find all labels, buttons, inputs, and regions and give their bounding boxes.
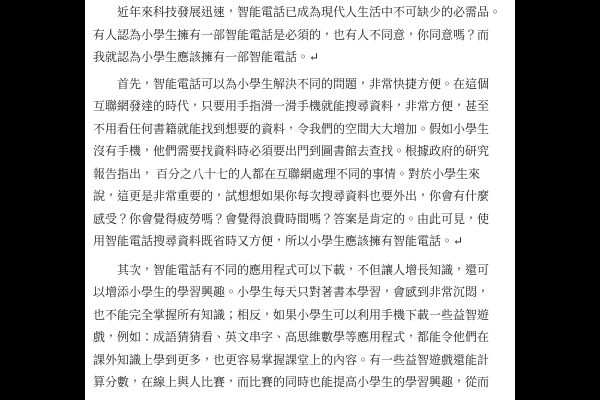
text-line: 課外知識上學到更多，也更容易掌握課堂上的內容。有一些益智遊戲還能計 — [93, 349, 507, 372]
text-line: 算分數，在線上與人比賽，而比賽的同時也能提高小學生的學習興趣，從而 — [93, 371, 507, 394]
text-line: 沒有手機，他們需要找資料時必須要出門到圖書館去查找。根據政府的研究 — [93, 140, 507, 163]
text-line: 以增添小學生的學習興趣。小學生每天只對著書本學習，會感到非常沉悶， — [93, 281, 507, 304]
text-line: 用智能電話搜尋資料既省時又方便，所以小學生應該擁有智能電話。↵ — [93, 230, 507, 253]
essay-body: 近年來科技發展迅速，智能電話已成為現代人生活中不可缺少的必需品。 有人認為小學生… — [93, 1, 507, 394]
text-line: 戲，例如：成語猜猜看、英文串字、高思維數學等應用程式，都能令他們在 — [93, 326, 507, 349]
text-line: 近年來科技發展迅速，智能電話已成為現代人生活中不可缺少的必需品。 — [93, 1, 507, 24]
text-line: 不用看任何書籍就能找到想要的資料，令我們的空間大大增加。假如小學生 — [93, 118, 507, 141]
document-page: 近年來科技發展迅速，智能電話已成為現代人生活中不可缺少的必需品。 有人認為小學生… — [85, 0, 515, 400]
text-line: 互聯網發達的時代，只要用手指滑一滑手機就能搜尋資料，非常方便，甚至 — [93, 95, 507, 118]
screenshot-stage: 近年來科技發展迅速，智能電話已成為現代人生活中不可缺少的必需品。 有人認為小學生… — [0, 0, 600, 400]
text-line: 說，這更是非常重要的，試想想如果你每次搜尋資料也要外出，你會有什麼 — [93, 185, 507, 208]
letterbox-right — [515, 0, 600, 400]
text-line: 也不能完全掌握所有知識；相反，如果小學生可以利用手機下載一些益智遊 — [93, 304, 507, 327]
text-line: 感受？你會覺得疲勞嗎？會覺得浪費時間嗎？答案是肯定的。由此可見，使 — [93, 208, 507, 231]
letterbox-left — [0, 0, 85, 400]
text-line: 我就認為小學生應該擁有一部智能電話。↵ — [93, 46, 507, 69]
text-line: 其次，智能電話有不同的應用程式可以下載，不但讓人增長知識，還可 — [93, 259, 507, 282]
text-line: 有人認為小學生擁有一部智能電話是必須的，也有人不同意，你同意嗎？而 — [93, 24, 507, 47]
text-line: 報告指出， 百分之八十七的人都在互聯網處理不同的事情。對於小學生來 — [93, 163, 507, 186]
text-line: 首先，智能電話可以為小學生解決不同的問題，非常快捷方便。在這個 — [93, 73, 507, 96]
